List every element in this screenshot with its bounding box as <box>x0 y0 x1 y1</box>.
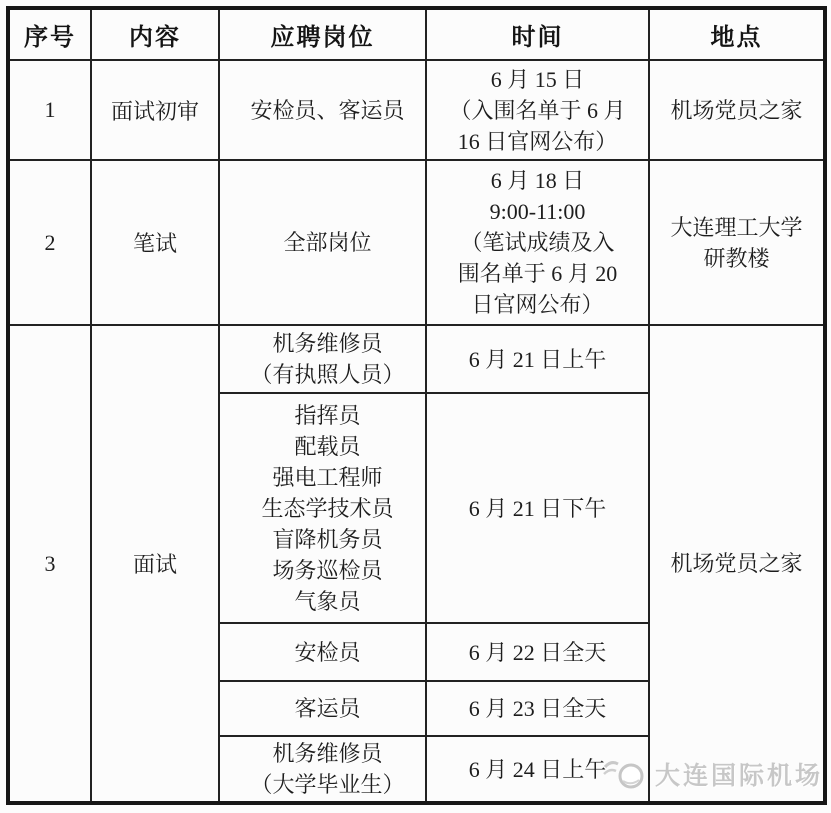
time-text: 6 月 23 日全天 <box>428 693 647 724</box>
time-text: 6 月 21 日上午 <box>428 344 647 375</box>
cell-r3e-positions: 机务维修员 （大学毕业生） <box>219 736 426 803</box>
positions-text: 全部岗位 <box>231 227 424 258</box>
cell-r1-location: 机场党员之家 <box>649 60 825 160</box>
location-text: 机场党员之家 <box>651 548 822 579</box>
cell-r2-location: 大连理工大学 研教楼 <box>649 160 825 325</box>
cell-r3e-time: 6 月 24 日上午 <box>426 736 649 803</box>
time-text: 6 月 24 日上午 <box>428 754 647 785</box>
col-header-location: 地点 <box>649 8 825 60</box>
time-text: 6 月 15 日 （入围名单于 6 月 16 日官网公布） <box>428 64 647 157</box>
positions-text: 安检员 <box>231 637 424 668</box>
positions-text: 安检员、客运员 <box>231 95 424 126</box>
cell-r1-content: 面试初审 <box>91 60 219 160</box>
cell-r3c-positions: 安检员 <box>219 623 426 681</box>
col-header-time: 时间 <box>426 8 649 60</box>
cell-r1-positions: 安检员、客运员 <box>219 60 426 160</box>
cell-r3d-time: 6 月 23 日全天 <box>426 681 649 736</box>
cell-r3-location: 机场党员之家 <box>649 325 825 803</box>
col-header-index: 序号 <box>8 8 91 60</box>
time-text: 6 月 18 日 9:00-11:00 （笔试成绩及入 围名单于 6 月 20 … <box>428 165 647 320</box>
cell-r3a-time: 6 月 21 日上午 <box>426 325 649 393</box>
time-text: 6 月 21 日下午 <box>428 493 647 524</box>
cell-r2-content: 笔试 <box>91 160 219 325</box>
table-row-1: 1 面试初审 安检员、客运员 6 月 15 日 （入围名单于 6 月 16 日官… <box>8 60 825 160</box>
cell-r3c-time: 6 月 22 日全天 <box>426 623 649 681</box>
positions-text: 指挥员 配载员 强电工程师 生态学技术员 盲降机务员 场务巡检员 气象员 <box>231 400 424 617</box>
table-header-row: 序号 内容 应聘岗位 时间 地点 <box>8 8 825 60</box>
cell-r3a-positions: 机务维修员 （有执照人员） <box>219 325 426 393</box>
cell-r1-index: 1 <box>8 60 91 160</box>
recruitment-schedule-table: 序号 内容 应聘岗位 时间 地点 1 面试初审 安检员、客运员 6 月 15 日… <box>6 6 827 805</box>
cell-r2-time: 6 月 18 日 9:00-11:00 （笔试成绩及入 围名单于 6 月 20 … <box>426 160 649 325</box>
col-header-content: 内容 <box>91 8 219 60</box>
cell-r3d-positions: 客运员 <box>219 681 426 736</box>
cell-r3-index: 3 <box>8 325 91 803</box>
positions-text: 客运员 <box>231 693 424 724</box>
positions-text: 机务维修员 （有执照人员） <box>231 328 424 390</box>
cell-r1-time: 6 月 15 日 （入围名单于 6 月 16 日官网公布） <box>426 60 649 160</box>
cell-r3b-time: 6 月 21 日下午 <box>426 393 649 623</box>
table-row-3-sub-1: 3 面试 机务维修员 （有执照人员） 6 月 21 日上午 机场党员之家 <box>8 325 825 393</box>
time-text: 6 月 22 日全天 <box>428 637 647 668</box>
positions-text: 机务维修员 （大学毕业生） <box>231 738 424 800</box>
cell-r2-index: 2 <box>8 160 91 325</box>
col-header-position: 应聘岗位 <box>219 8 426 60</box>
cell-r3b-positions: 指挥员 配载员 强电工程师 生态学技术员 盲降机务员 场务巡检员 气象员 <box>219 393 426 623</box>
cell-r3-content: 面试 <box>91 325 219 803</box>
location-text: 机场党员之家 <box>651 95 822 126</box>
location-text: 大连理工大学 研教楼 <box>651 212 822 274</box>
cell-r2-positions: 全部岗位 <box>219 160 426 325</box>
page: 序号 内容 应聘岗位 时间 地点 1 面试初审 安检员、客运员 6 月 15 日… <box>0 0 831 813</box>
table-row-2: 2 笔试 全部岗位 6 月 18 日 9:00-11:00 （笔试成绩及入 围名… <box>8 160 825 325</box>
